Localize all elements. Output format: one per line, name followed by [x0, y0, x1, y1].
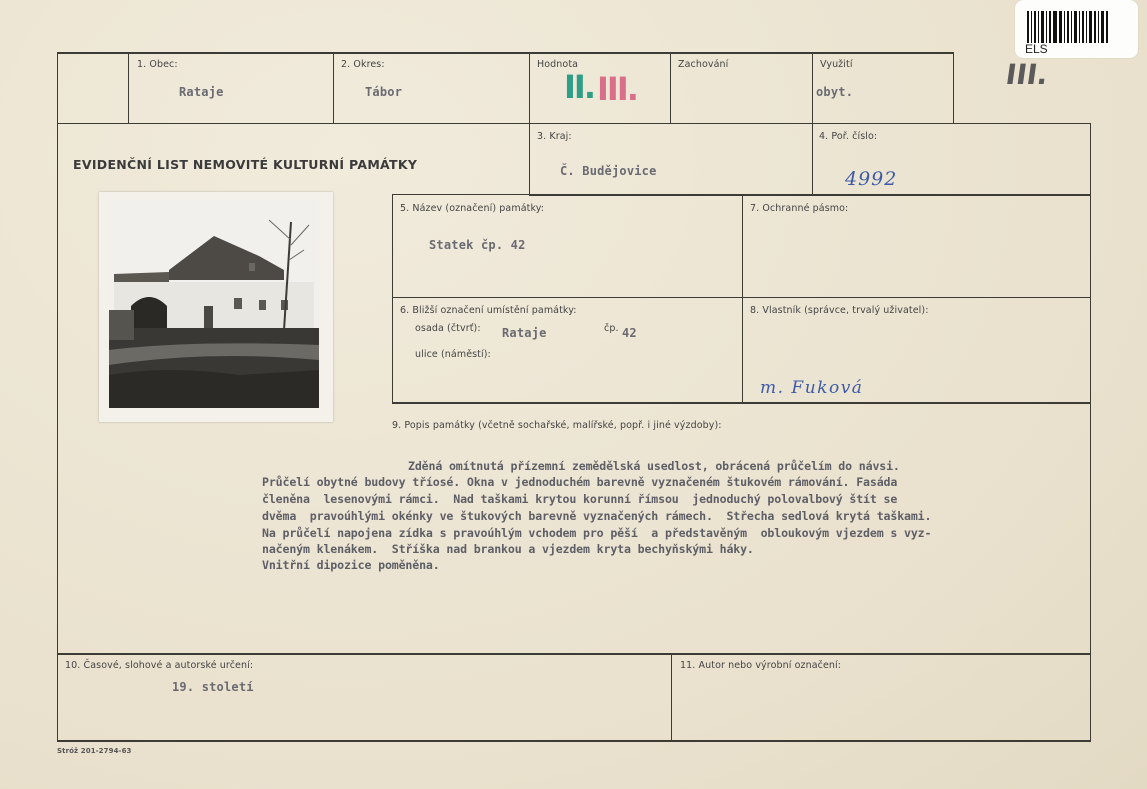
- por-cislo-label: 4. Poř. číslo:: [819, 131, 877, 142]
- vlastnik-value[interactable]: m. Fuková: [760, 378, 863, 398]
- zachovani-label: Zachování: [678, 59, 728, 70]
- osada-value[interactable]: Rataje: [502, 326, 547, 340]
- okres-value[interactable]: Tábor: [365, 85, 402, 99]
- obec-label: 1. Obec:: [137, 59, 178, 70]
- popis-line-2: Průčelí obytné budovy tříosé. Okna v jed…: [262, 475, 897, 489]
- document-title: EVIDENČNÍ LIST NEMOVITÉ KULTURNÍ PAMÁTKY: [73, 157, 417, 172]
- farmstead-photo-icon: [109, 200, 319, 408]
- popis-line-7: Vnitřní dipozice poměněna.: [262, 558, 440, 572]
- popis-label: 9. Popis památky (včetně sochařské, malí…: [392, 420, 722, 431]
- popis-line-5: Na průčelí napojena zídka s pravoúhlým v…: [262, 526, 931, 540]
- por-cislo-value[interactable]: 4992: [845, 168, 897, 190]
- ulice-label: ulice (náměstí):: [415, 349, 491, 360]
- autor-label: 11. Autor nebo výrobní označení:: [680, 660, 841, 671]
- barcode-text: ELS: [1025, 42, 1048, 56]
- vyuziti-value[interactable]: obyt.: [816, 85, 853, 99]
- cp-label: čp.: [604, 323, 619, 334]
- vlastnik-label: 8. Vlastník (správce, trvalý uživatel):: [750, 305, 929, 316]
- urceni-label: 10. Časové, slohové a autorské určení:: [65, 660, 253, 671]
- cp-value[interactable]: 42: [622, 326, 637, 340]
- popis-line-6: načeným klenákem. Stříška nad brankou a …: [262, 542, 754, 556]
- kraj-value[interactable]: Č. Budějovice: [560, 164, 657, 178]
- ochranne-pasmo-label: 7. Ochranné pásmo:: [750, 203, 848, 214]
- nazev-value[interactable]: Statek čp. 42: [429, 238, 526, 252]
- nazev-label: 5. Název (označení) památky:: [400, 203, 544, 214]
- umisteni-label: 6. Bližší označení umístění památky:: [400, 305, 577, 316]
- popis-line-4: dvěma pravoúhlými okénky ve štukových ba…: [262, 509, 931, 523]
- osada-label: osada (čtvrť):: [415, 323, 481, 334]
- popis-line-1: Zděná omítnutá přízemní zemědělská usedl…: [408, 459, 900, 473]
- barcode-label: ELS: [1015, 0, 1138, 58]
- corner-mark: III.: [1004, 58, 1051, 91]
- hodnota-value-red: III.: [597, 70, 637, 108]
- urceni-value[interactable]: 19. století: [172, 680, 254, 694]
- kraj-label: 3. Kraj:: [537, 131, 572, 142]
- hodnota-value-green: II.: [564, 68, 594, 106]
- okres-label: 2. Okres:: [341, 59, 385, 70]
- vyuziti-label: Využití: [820, 59, 853, 70]
- print-code: Stróž 201-2794-63: [57, 747, 132, 755]
- photo-image: [109, 200, 319, 408]
- barcode-icon: [1027, 11, 1127, 43]
- popis-line-3: členěna lesenovými rámci. Nad taškami kr…: [262, 492, 897, 506]
- obec-value[interactable]: Rataje: [179, 85, 224, 99]
- monument-photo: [99, 192, 333, 422]
